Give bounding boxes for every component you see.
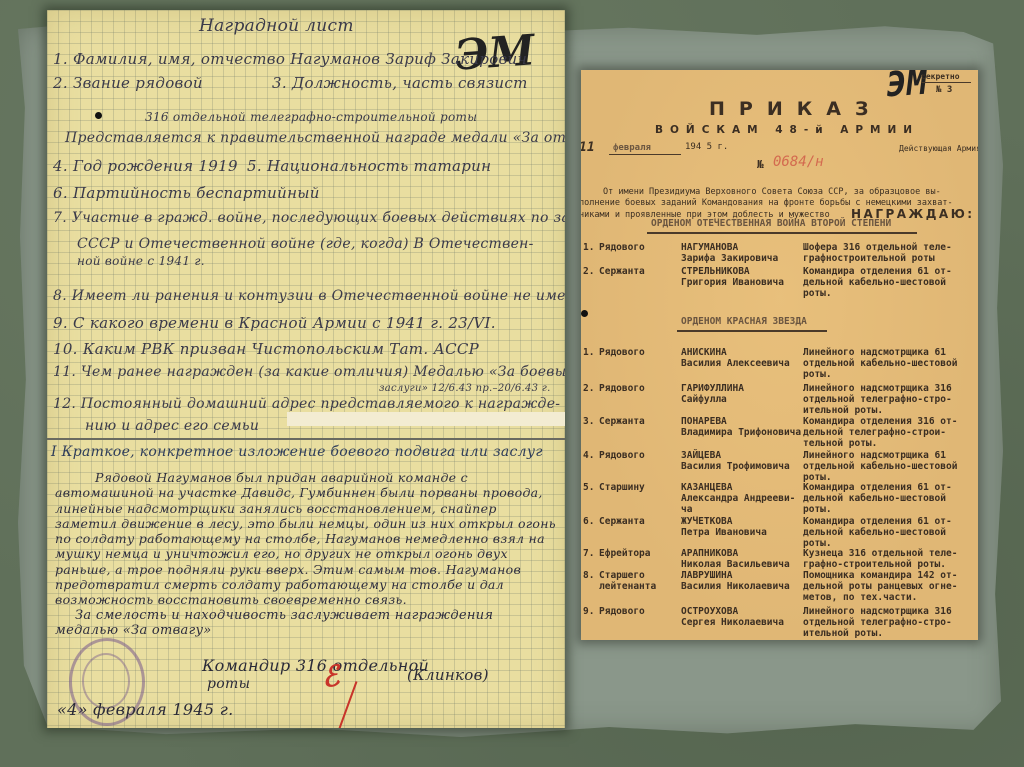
recipient-name: КАЗАНЦЕВААлександра Андрееви-ча (681, 482, 795, 515)
redacted-area (287, 412, 565, 426)
field-previous-awards-detail: заслуги» 12/6.43 пр.–20/6.43 г. (379, 383, 551, 394)
recipient-name: ЛАВРУШИНАВасилия Николаевича (681, 570, 790, 592)
order-number: 0684/н (773, 154, 824, 170)
army-order-document: ЭМ секретно № 3 ПРИКАЗ ВОЙСКАМ 48-й АРМИ… (581, 70, 978, 640)
recipient-name: АРАПНИКОВАНиколая Васильевича (681, 548, 790, 570)
field-participation-2: СССР и Отечественной войне (где, когда) … (77, 236, 534, 252)
order-location: Действующая Армия (899, 144, 978, 153)
recipient-number: 4. (583, 450, 594, 461)
recipient-number: 8. (583, 570, 594, 581)
recipient-rank: Сержанта (599, 516, 669, 527)
recipient-name: СТРЕЛЬНИКОВАГригория Ивановича (681, 266, 784, 288)
recipient-name: ОСТРОУХОВАСергея Николаевича (681, 606, 784, 628)
recipient-number: 9. (583, 606, 594, 617)
field-address-2: нию и адрес его семьи (85, 418, 259, 434)
recipient-description: Линейного надсмотрщика 61отдельной кабел… (803, 450, 957, 483)
field-wounds: 8. Имеет ли ранения и контузии в Отечест… (53, 288, 565, 304)
award-group-underline (647, 232, 917, 234)
recipient-rank: Сержанта (599, 266, 669, 277)
recipient-description: Помощника командира 142 от-дельной роты … (803, 570, 957, 603)
recipient-name: ЗАЙЦЕВАВасилия Трофимовича (681, 450, 790, 472)
recipient-rank: Рядового (599, 606, 669, 617)
field-participation-3: ной войне с 1941 г. (77, 254, 205, 268)
field-name: 1. Фамилия, имя, отчество Нагуманов Зари… (53, 50, 527, 68)
recipient-rank: Рядового (599, 383, 669, 394)
copy-number: № 3 (936, 85, 952, 95)
preamble-line-1: От имени Президиума Верховного Совета Со… (603, 187, 941, 197)
recipient-rank: Старшину (599, 482, 669, 493)
order-date-year: 194 5 г. (685, 142, 728, 152)
recipient-number: 7. (583, 548, 594, 559)
field-participation-1: 7. Участие в гражд. войне, последующих б… (53, 210, 565, 226)
recipient-description: Командира отделения 61 от-дельной кабель… (803, 266, 952, 299)
recipient-description: Линейного надсмотрщика 316отдельной теле… (803, 606, 952, 639)
recipient-description: Кузнеца 316 отдельной теле-графно-строит… (803, 548, 957, 570)
recipient-rank: Старшего лейтенанта (599, 570, 669, 592)
field-service-since: 9. С какого времени в Красной Армии с 19… (53, 314, 496, 332)
recipient-number: 1. (583, 347, 594, 358)
field-party: 6. Партийность беспартийный (53, 184, 320, 202)
field-nationality: 5. Национальность татарин (247, 157, 491, 175)
commander-title-2: роты (207, 676, 250, 692)
section-divider (47, 438, 565, 440)
recipient-name: НАГУМАНОВАЗарифа Закировича (681, 242, 778, 264)
recipient-rank: Рядового (599, 347, 669, 358)
order-subheading: ВОЙСКАМ 48-й АРМИИ (655, 124, 919, 136)
recipient-rank: Рядового (599, 450, 669, 461)
recipient-description: Командира отделения 316 от-дельной телег… (803, 416, 957, 449)
feat-conclusion: За смелость и находчивость заслуживает н… (55, 608, 560, 639)
secret-underline (921, 82, 971, 83)
recipient-description: Линейного надсмотрщика 61отдельной кабел… (803, 347, 957, 380)
ink-blot (95, 112, 102, 119)
field-recruited-by: 10. Каким РВК призван Чистопольским Тат.… (53, 340, 479, 358)
recipient-description: Командира отделения 61 от-дельной кабель… (803, 516, 952, 549)
recipient-rank: Ефрейтора (599, 548, 669, 559)
order-date-day: 11 (581, 140, 595, 155)
field-rank: 2. Звание рядовой (53, 74, 203, 92)
order-number-label: № (757, 158, 764, 171)
recipient-description: Линейного надсмотрщика 316отдельной теле… (803, 383, 952, 416)
commander-title-1: Командир 316 отдельной (202, 656, 429, 675)
recipient-name: АНИСКИНАВасилия Алексеевича (681, 347, 790, 369)
recipient-rank: Рядового (599, 242, 669, 253)
feat-narrative: Рядовой Нагуманов был придан аварийной к… (55, 470, 560, 608)
award-group-underline (677, 330, 827, 332)
ink-blot (581, 310, 588, 317)
sheet-date: «4» февраля 1945 г. (57, 700, 233, 719)
award-group-title: ОРДЕНОМ КРАСНАЯ ЗВЕЗДА (681, 316, 807, 327)
secret-label: секретно (921, 72, 960, 81)
recipient-number: 2. (583, 266, 594, 277)
date-underline (609, 154, 681, 155)
recipient-rank: Сержанта (599, 416, 669, 427)
recipient-number: 6. (583, 516, 594, 527)
recipient-name: ГАРИФУЛЛИНАСайфулла (681, 383, 744, 405)
recipient-name: ЖУЧЕТКОВАПетра Ивановича (681, 516, 767, 538)
field-previous-awards: 11. Чем ранее награжден (за какие отличи… (53, 364, 565, 380)
signature-stroke (339, 681, 358, 728)
award-sheet-document: Наградной лист ЭМ 1. Фамилия, имя, отчес… (47, 10, 565, 728)
field-position: 3. Должность, часть связист (272, 74, 528, 92)
field-unit: 316 отдельной телеграфно-строительной ро… (145, 110, 477, 124)
section-title-feat: I Краткое, конкретное изложение боевого … (51, 444, 543, 460)
field-presented-for: Представляется к правительственной награ… (65, 130, 565, 146)
order-date-month: февраля (613, 143, 651, 153)
recipient-number: 5. (583, 482, 594, 493)
field-address-1: 12. Постоянный домашний адрес представля… (53, 396, 560, 412)
award-sheet-title: Наградной лист (199, 16, 354, 36)
recipient-description: Шофера 316 отдельной теле-графностроител… (803, 242, 952, 264)
recipient-number: 1. (583, 242, 594, 253)
recipient-name: ПОНАРЕВАВладимира Трифоновича (681, 416, 801, 438)
award-group-title: ОРДЕНОМ ОТЕЧЕСТВЕННАЯ ВОЙНА ВТОРОЙ СТЕПЕ… (651, 218, 891, 229)
recipient-description: Командира отделения 61 от-дельной кабель… (803, 482, 952, 515)
commander-name: (Клинков) (407, 666, 489, 684)
order-heading: ПРИКАЗ (709, 98, 882, 120)
field-birth-year: 4. Год рождения 1919 (53, 157, 238, 175)
recipient-number: 3. (583, 416, 594, 427)
recipient-number: 2. (583, 383, 594, 394)
